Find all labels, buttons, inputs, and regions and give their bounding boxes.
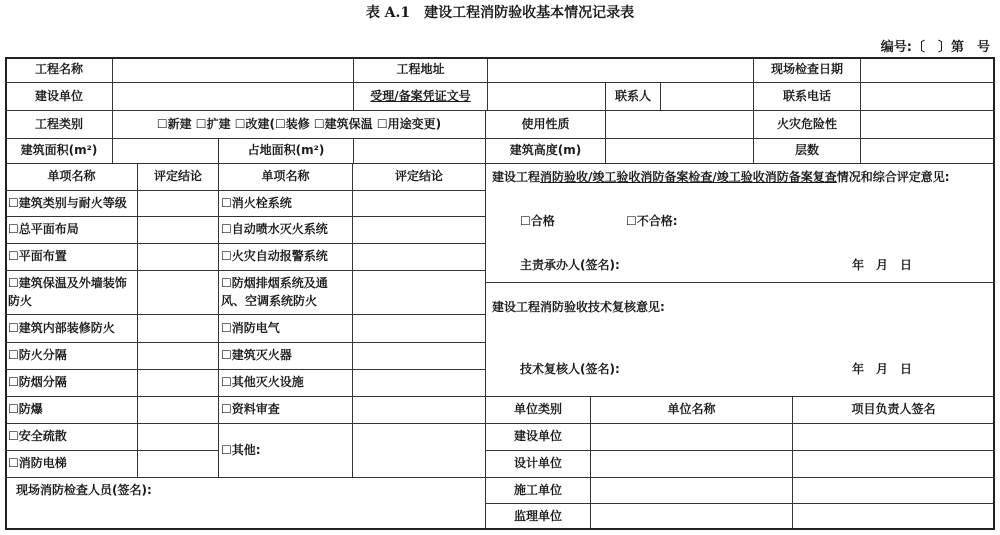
site-check-date-field[interactable]	[860, 57, 995, 83]
reviewer-date: 年 月 日	[852, 360, 912, 377]
unit-row-2-name[interactable]	[590, 477, 793, 504]
contact-person-field[interactable]	[660, 82, 754, 111]
construction-unit-field[interactable]	[112, 82, 354, 111]
item-left-3[interactable]: ☐建筑保温及外墙装饰防火	[5, 270, 138, 315]
conclusion-left-8[interactable]	[137, 423, 219, 451]
conclusion-right-6[interactable]	[352, 369, 486, 397]
col-conclusion-right: 评定结论	[352, 163, 486, 191]
conclusion-left-6[interactable]	[137, 369, 219, 397]
conclusion-left-3[interactable]	[137, 270, 219, 315]
item-left-1[interactable]: ☐总平面布局	[5, 216, 138, 244]
item-left-7[interactable]: ☐防爆	[5, 396, 138, 424]
floors-field[interactable]	[860, 138, 995, 164]
col-item-name-right: 单项名称	[218, 163, 353, 191]
project-address-label: 工程地址	[353, 57, 488, 83]
item-right-5[interactable]: ☐建筑灭火器	[218, 342, 353, 370]
opinion-prefix: 建设工程	[492, 170, 540, 184]
col-item-name-left: 单项名称	[5, 163, 138, 191]
project-address-field[interactable]	[487, 57, 754, 83]
contact-person-label: 联系人	[605, 82, 661, 111]
usage-label: 使用性质	[485, 110, 606, 139]
conclusion-right-8[interactable]	[352, 423, 486, 478]
units-col-category: 单位类别	[485, 396, 591, 424]
fire-hazard-field[interactable]	[860, 110, 995, 139]
unit-row-0-label: 建设单位	[485, 423, 591, 451]
unit-row-3-name[interactable]	[590, 503, 793, 530]
conclusion-left-9[interactable]	[137, 450, 219, 478]
acceptance-doc-label: 受理/备案凭证文号	[353, 82, 488, 111]
conclusion-left-2[interactable]	[137, 243, 219, 271]
project-type-label: 工程类别	[5, 110, 113, 139]
item-right-7[interactable]: ☐资料审查	[218, 396, 353, 424]
handler-signature-label: 主责承办人(签名):	[520, 256, 620, 273]
unit-row-3-signature[interactable]	[792, 503, 995, 530]
contact-phone-label: 联系电话	[753, 82, 861, 111]
tech-review-label: 建设工程消防验收技术复核意见:	[492, 298, 665, 315]
unit-row-0-name[interactable]	[590, 423, 793, 451]
building-area-field[interactable]	[112, 138, 219, 164]
usage-field[interactable]	[605, 110, 754, 139]
form-title: 表 A.1 建设工程消防验收基本情况记录表	[0, 2, 1000, 22]
unit-row-2-label: 施工单位	[485, 477, 591, 504]
unit-row-0-signature[interactable]	[792, 423, 995, 451]
opinion-underlined: 消防验收/竣工验收消防备案检查/竣工验收消防备案复查	[540, 170, 837, 184]
item-left-4[interactable]: ☐建筑内部装修防火	[5, 314, 138, 343]
project-name-label: 工程名称	[5, 57, 113, 83]
item-left-8[interactable]: ☐安全疏散	[5, 423, 138, 451]
conclusion-left-7[interactable]	[137, 396, 219, 424]
pass-checkbox[interactable]: ☐合格	[520, 212, 555, 229]
reviewer-signature-label: 技术复核人(签名):	[520, 360, 620, 377]
conclusion-right-5[interactable]	[352, 342, 486, 370]
project-name-field[interactable]	[112, 57, 354, 83]
fire-hazard-label: 火灾危险性	[753, 110, 861, 139]
acceptance-doc-label-text: 受理/备案凭证文号	[370, 88, 470, 105]
item-left-9[interactable]: ☐消防电梯	[5, 450, 138, 478]
item-left-2[interactable]: ☐平面布置	[5, 243, 138, 271]
item-right-6[interactable]: ☐其他灭火设施	[218, 369, 353, 397]
conclusion-left-5[interactable]	[137, 342, 219, 370]
contact-phone-field[interactable]	[860, 82, 995, 111]
item-right-1[interactable]: ☐自动喷水灭火系统	[218, 216, 353, 244]
item-right-8[interactable]: ☐其他:	[218, 423, 353, 478]
conclusion-right-3[interactable]	[352, 270, 486, 315]
item-right-2[interactable]: ☐火灾自动报警系统	[218, 243, 353, 271]
floors-label: 层数	[753, 138, 861, 164]
overall-opinion-heading: 建设工程消防验收/竣工验收消防备案检查/竣工验收消防备案复查情况和综合评定意见:	[492, 166, 990, 188]
item-right-4[interactable]: ☐消防电气	[218, 314, 353, 343]
construction-unit-label: 建设单位	[5, 82, 113, 111]
conclusion-right-4[interactable]	[352, 314, 486, 343]
unit-row-1-name[interactable]	[590, 450, 793, 478]
project-type-options[interactable]: ☐新建 ☐扩建 ☐改建(☐装修 ☐建筑保温 ☐用途变更)	[112, 110, 486, 139]
conclusion-right-7[interactable]	[352, 396, 486, 424]
land-area-field[interactable]	[353, 138, 486, 164]
site-check-date-label: 现场检查日期	[753, 57, 861, 83]
acceptance-doc-field[interactable]	[487, 82, 606, 111]
conclusion-left-1[interactable]	[137, 216, 219, 244]
conclusion-right-2[interactable]	[352, 243, 486, 271]
serial-number: 编号:〔 〕第 号	[881, 36, 990, 55]
item-left-0[interactable]: ☐建筑类别与耐火等级	[5, 190, 138, 217]
land-area-label: 占地面积(m²)	[218, 138, 354, 164]
handler-date: 年 月 日	[852, 256, 912, 273]
item-left-6[interactable]: ☐防烟分隔	[5, 369, 138, 397]
building-height-field[interactable]	[605, 138, 754, 164]
units-col-name: 单位名称	[590, 396, 793, 424]
item-left-5[interactable]: ☐防火分隔	[5, 342, 138, 370]
unit-row-2-signature[interactable]	[792, 477, 995, 504]
unit-row-3-label: 监理单位	[485, 503, 591, 530]
conclusion-right-1[interactable]	[352, 216, 486, 244]
building-height-label: 建筑高度(m)	[485, 138, 606, 164]
inspector-signature[interactable]: 现场消防检查人员(签名):	[5, 477, 486, 530]
opinion-suffix: 情况和综合评定意见:	[837, 170, 950, 184]
conclusion-left-0[interactable]	[137, 190, 219, 217]
item-right-3[interactable]: ☐防烟排烟系统及通风、空调系统防火	[218, 270, 353, 315]
item-right-0[interactable]: ☐消火栓系统	[218, 190, 353, 217]
conclusion-right-0[interactable]	[352, 190, 486, 217]
units-col-signature: 项目负责人签名	[792, 396, 995, 424]
unit-row-1-label: 设计单位	[485, 450, 591, 478]
fail-checkbox[interactable]: ☐不合格:	[626, 212, 678, 229]
unit-row-1-signature[interactable]	[792, 450, 995, 478]
conclusion-left-4[interactable]	[137, 314, 219, 343]
building-area-label: 建筑面积(m²)	[5, 138, 113, 164]
col-conclusion-left: 评定结论	[137, 163, 219, 191]
